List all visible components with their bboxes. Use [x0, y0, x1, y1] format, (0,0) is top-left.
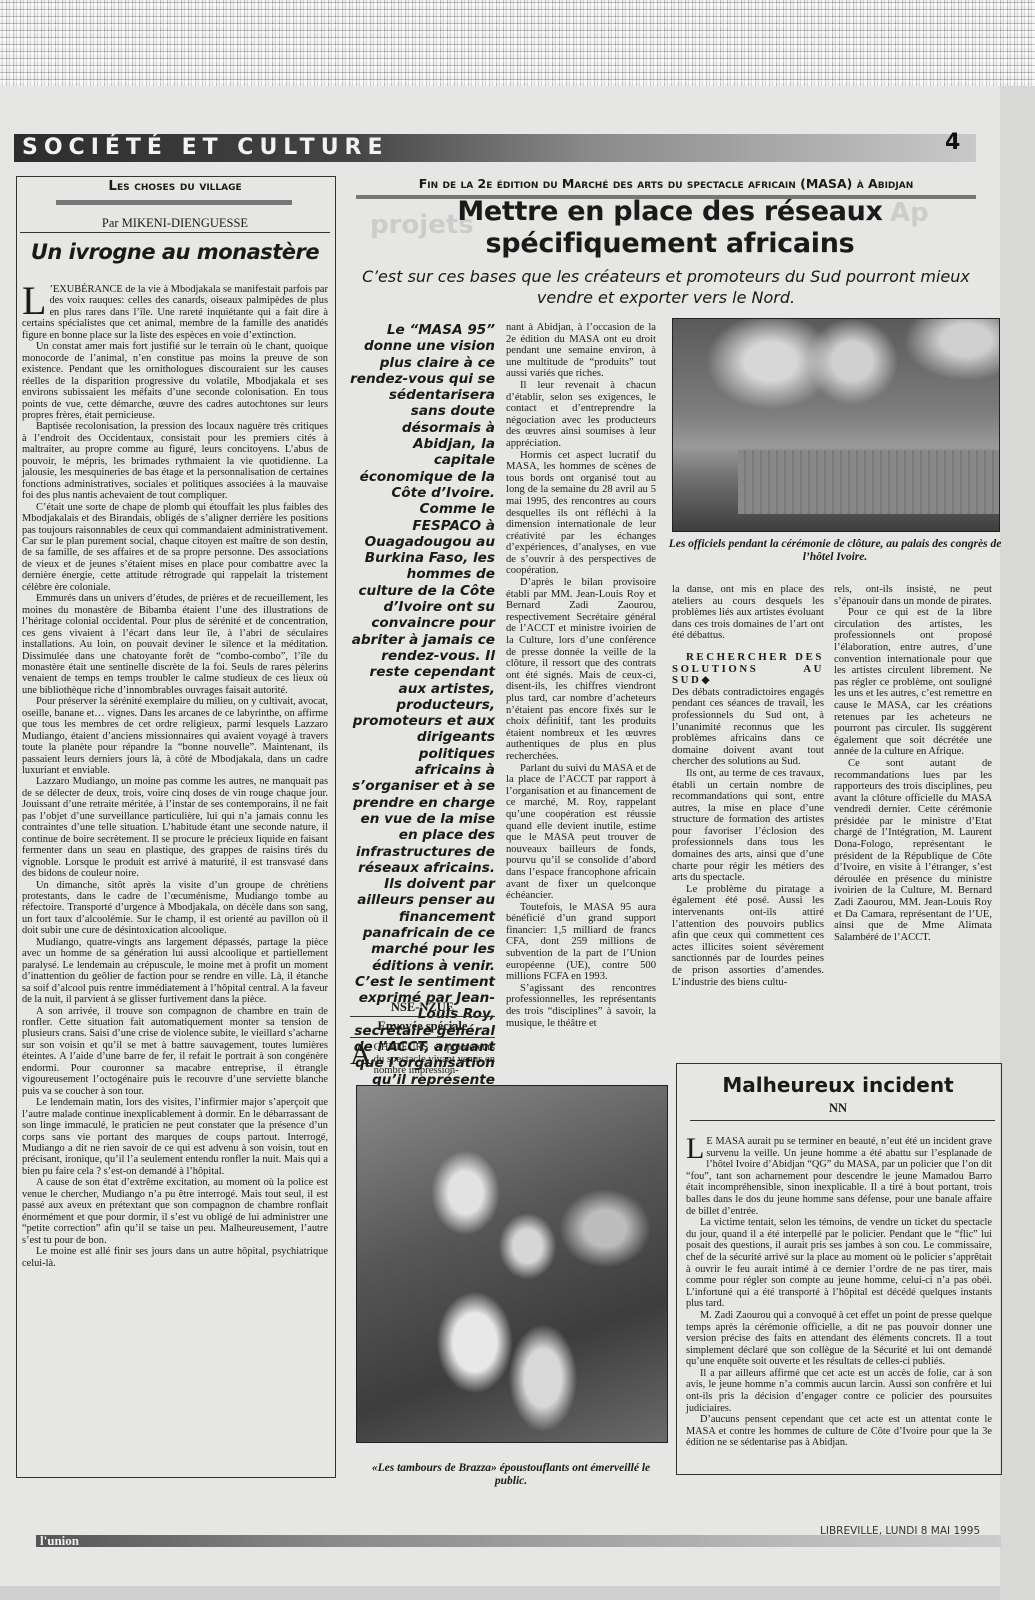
- main-column-3: la danse, ont mis en place des ateliers …: [672, 584, 824, 988]
- author-name: NSE-NZUE: [350, 1000, 495, 1015]
- author-role: Envoyée spéciale: [350, 1019, 495, 1034]
- page-number: 4: [945, 130, 960, 155]
- column-kicker: Les choses du village: [16, 178, 334, 194]
- divider: [56, 200, 292, 205]
- section-title: SOCIÉTÉ ET CULTURE: [22, 135, 389, 160]
- page-edge: [1000, 86, 1035, 1600]
- article-title: Un ivrogne au monastère: [16, 240, 334, 264]
- dropcap: L: [22, 284, 46, 318]
- dropcap: L: [686, 1136, 704, 1162]
- main-headline: Mettre en place des réseaux spécifiqueme…: [360, 196, 980, 260]
- divider: [690, 1120, 995, 1121]
- photo-caption: Les officiels pendant la cérémonie de cl…: [668, 538, 1002, 564]
- closing-ceremony-photo: [672, 318, 1000, 532]
- divider: [20, 232, 330, 233]
- main-intro: ACHETEURS et promoteurs du spectacle viv…: [350, 1042, 495, 1077]
- divider: [350, 1016, 495, 1017]
- incident-body: LE MASA aurait pu se terminer en beauté,…: [686, 1136, 992, 1449]
- drummers-photo: [356, 1085, 668, 1443]
- main-column-2: nant à Abidjan, à l’occasion de la 2e éd…: [506, 322, 656, 1029]
- dateline: LIBREVILLE, LUNDI 8 MAI 1995: [820, 1525, 980, 1537]
- photo-caption: «Les tambours de Brazza» époustouflants …: [356, 1462, 666, 1488]
- main-article-kicker: Fin de la 2e édition du Marché des arts …: [356, 176, 976, 191]
- dropcap: A: [350, 1042, 372, 1068]
- incident-title: Malheureux incident: [676, 1073, 1000, 1097]
- subheading: RECHERCHER DES SOLUTIONS AU SUD◆: [672, 652, 824, 687]
- left-article-body: L’EXUBÉRANCE de la vie à Mbodjakala se m…: [22, 284, 328, 1269]
- incident-author: NN: [676, 1101, 1000, 1116]
- scan-noise-overlay: [0, 0, 1035, 90]
- newspaper-logo: l'union: [40, 1533, 79, 1549]
- byline: Par MIKENI-DIENGUESSE: [16, 216, 334, 231]
- main-column-4: rels, ont-ils insisté, ne peut s’épanoui…: [834, 584, 992, 943]
- main-deck: C’est sur ces bases que les créateurs et…: [346, 266, 986, 308]
